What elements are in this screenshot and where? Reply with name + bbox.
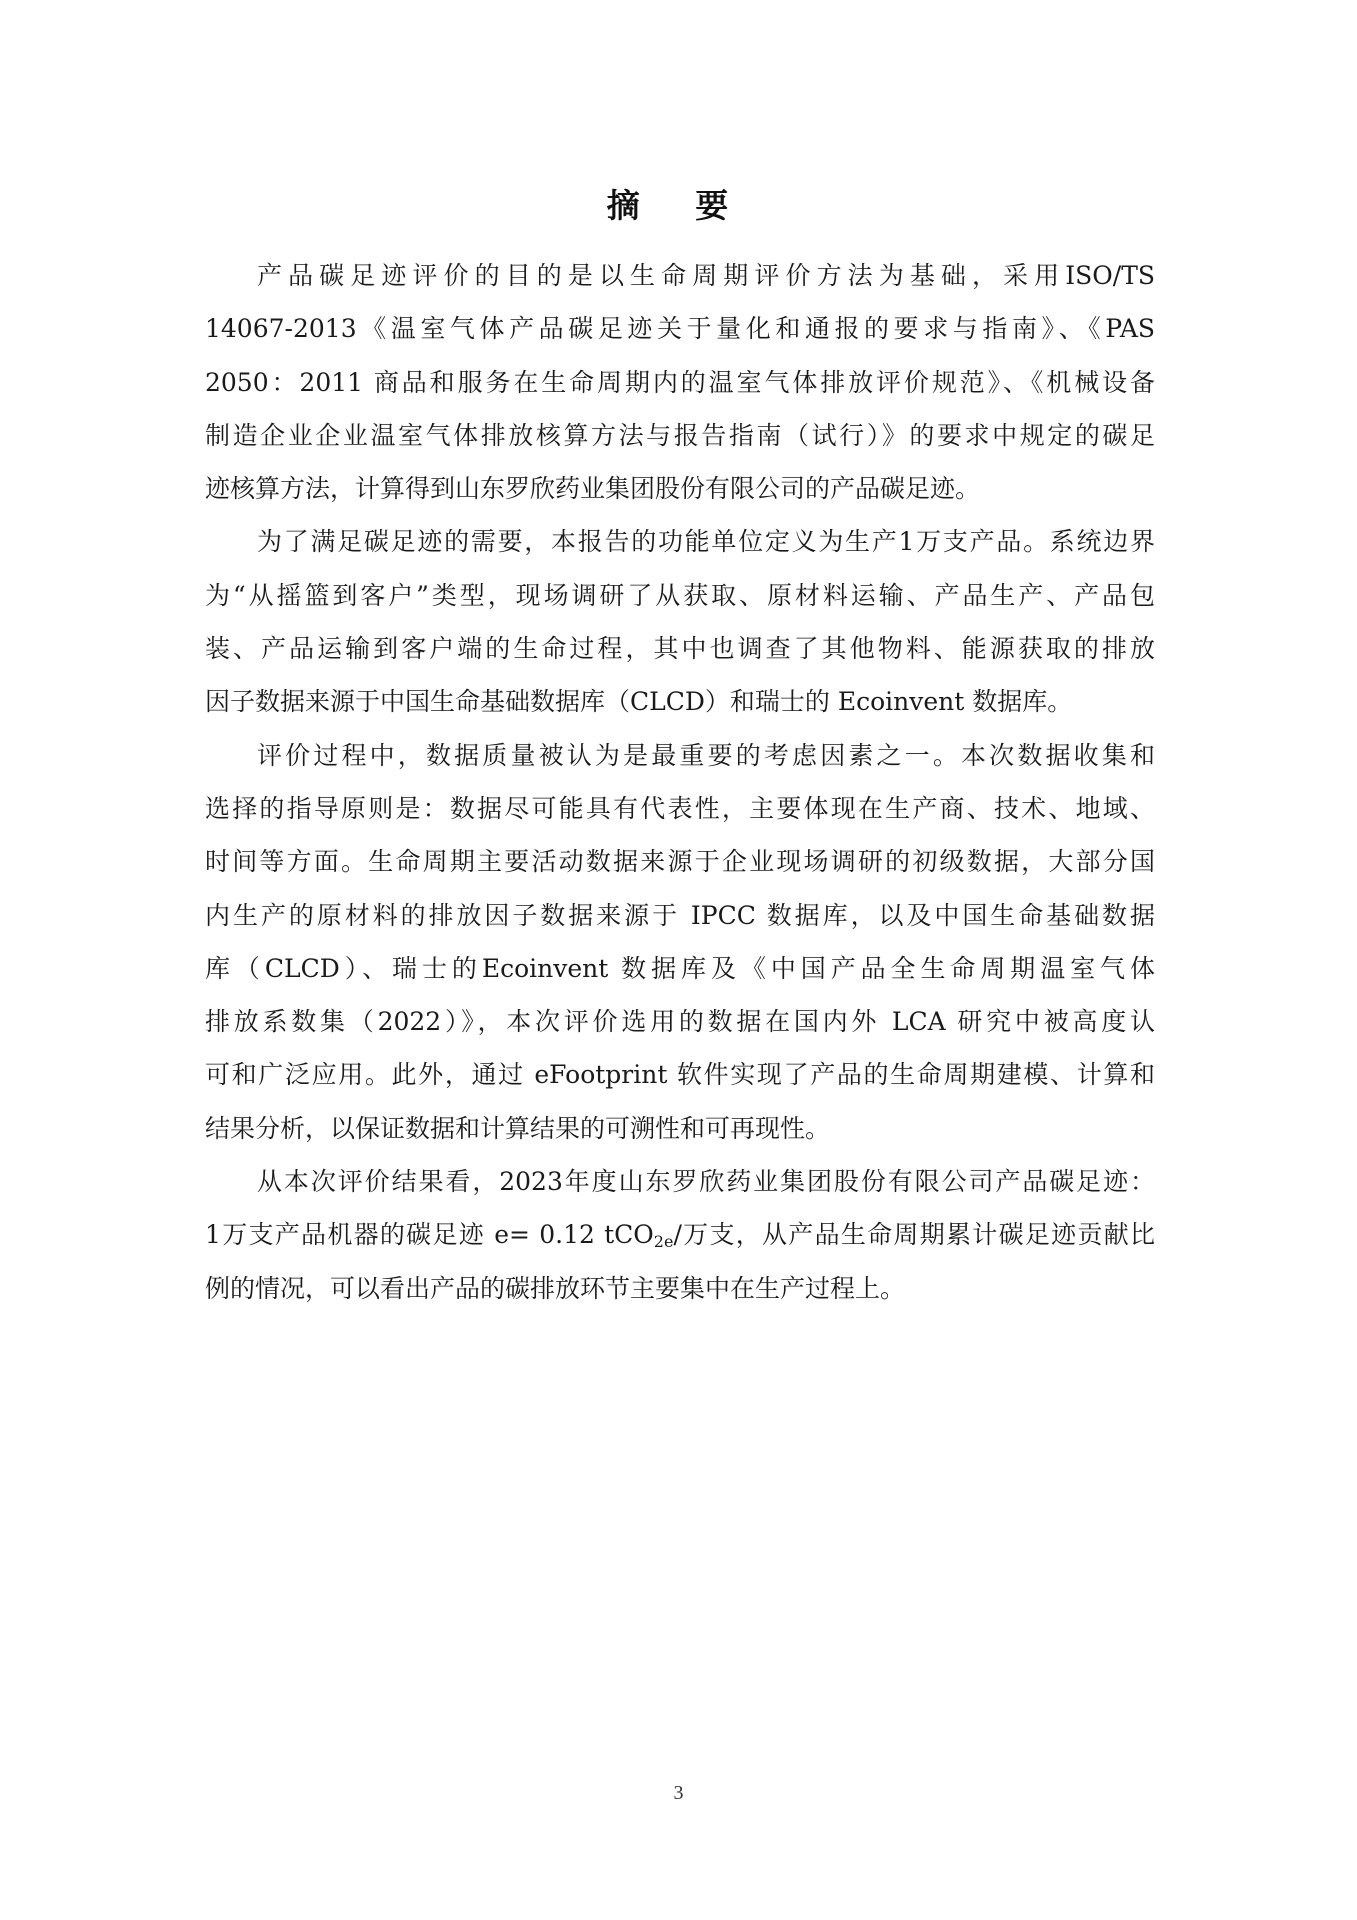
formula-prefix: 1万支产品机器的碳足迹 e= 0.12 tCO <box>205 1220 654 1249</box>
text-line: 例的情况，可以看出产品的碳排放环节主要集中在生产过程上。 <box>205 1262 1155 1315</box>
text-line-with-formula: 1万支产品机器的碳足迹 e= 0.12 tCO2e/万支，从产品生命周期累计碳足… <box>205 1208 1155 1261</box>
page-title: 摘 要 <box>0 186 1357 226</box>
document-page: 摘 要 产品碳足迹评价的目的是以生命周期评价方法为基础，采用ISO/TS 140… <box>0 0 1357 1920</box>
text-line: 时间等方面。生命周期主要活动数据来源于企业现场调研的初级数据，大部分国 <box>205 835 1155 888</box>
text-line: 2050：2011 商品和服务在生命周期内的温室气体排放评价规范》、《机械设备 <box>205 356 1155 409</box>
formula-suffix: /万支，从产品生命周期累计碳足迹贡献比 <box>673 1220 1155 1249</box>
text-line: 装、产品运输到客户端的生命过程，其中也调查了其他物料、能源获取的排放 <box>205 622 1155 675</box>
text-line: 产品碳足迹评价的目的是以生命周期评价方法为基础，采用ISO/TS <box>205 249 1155 302</box>
text-line: 因子数据来源于中国生命基础数据库（CLCD）和瑞士的 Ecoinvent 数据库… <box>205 675 1155 728</box>
paragraph-4: 从本次评价结果看，2023年度山东罗欣药业集团股份有限公司产品碳足迹： 1万支产… <box>205 1155 1155 1315</box>
paragraph-3: 评价过程中，数据质量被认为是最重要的考虑因素之一。本次数据收集和 选择的指导原则… <box>205 729 1155 1155</box>
text-line: 14067-2013《温室气体产品碳足迹关于量化和通报的要求与指南》、《PAS <box>205 302 1155 355</box>
text-line: 库（CLCD）、瑞士的Ecoinvent 数据库及《中国产品全生命周期温室气体 <box>205 942 1155 995</box>
text-line: 迹核算方法，计算得到山东罗欣药业集团股份有限公司的产品碳足迹。 <box>205 462 1155 515</box>
text-line: 内生产的原材料的排放因子数据来源于 IPCC 数据库，以及中国生命基础数据 <box>205 889 1155 942</box>
text-line: 选择的指导原则是：数据尽可能具有代表性，主要体现在生产商、技术、地域、 <box>205 782 1155 835</box>
text-line: 排放系数集（2022）》，本次评价选用的数据在国内外 LCA 研究中被高度认 <box>205 995 1155 1048</box>
text-line: 结果分析，以保证数据和计算结果的可溯性和可再现性。 <box>205 1102 1155 1155</box>
text-line: 从本次评价结果看，2023年度山东罗欣药业集团股份有限公司产品碳足迹： <box>205 1155 1155 1208</box>
text-line: 为“从摇篮到客户”类型，现场调研了从获取、原材料运输、产品生产、产品包 <box>205 569 1155 622</box>
page-number: 3 <box>0 1782 1357 1805</box>
co2e-subscript: 2e <box>654 1232 674 1251</box>
text-line: 为了满足碳足迹的需要，本报告的功能单位定义为生产1万支产品。系统边界 <box>205 515 1155 568</box>
paragraph-1: 产品碳足迹评价的目的是以生命周期评价方法为基础，采用ISO/TS 14067-2… <box>205 249 1155 515</box>
abstract-body: 产品碳足迹评价的目的是以生命周期评价方法为基础，采用ISO/TS 14067-2… <box>205 249 1155 1315</box>
text-line: 可和广泛应用。此外，通过 eFootprint 软件实现了产品的生命周期建模、计… <box>205 1048 1155 1101</box>
text-line: 制造企业企业温室气体排放核算方法与报告指南（试行）》的要求中规定的碳足 <box>205 409 1155 462</box>
text-line: 评价过程中，数据质量被认为是最重要的考虑因素之一。本次数据收集和 <box>205 729 1155 782</box>
paragraph-2: 为了满足碳足迹的需要，本报告的功能单位定义为生产1万支产品。系统边界 为“从摇篮… <box>205 515 1155 728</box>
